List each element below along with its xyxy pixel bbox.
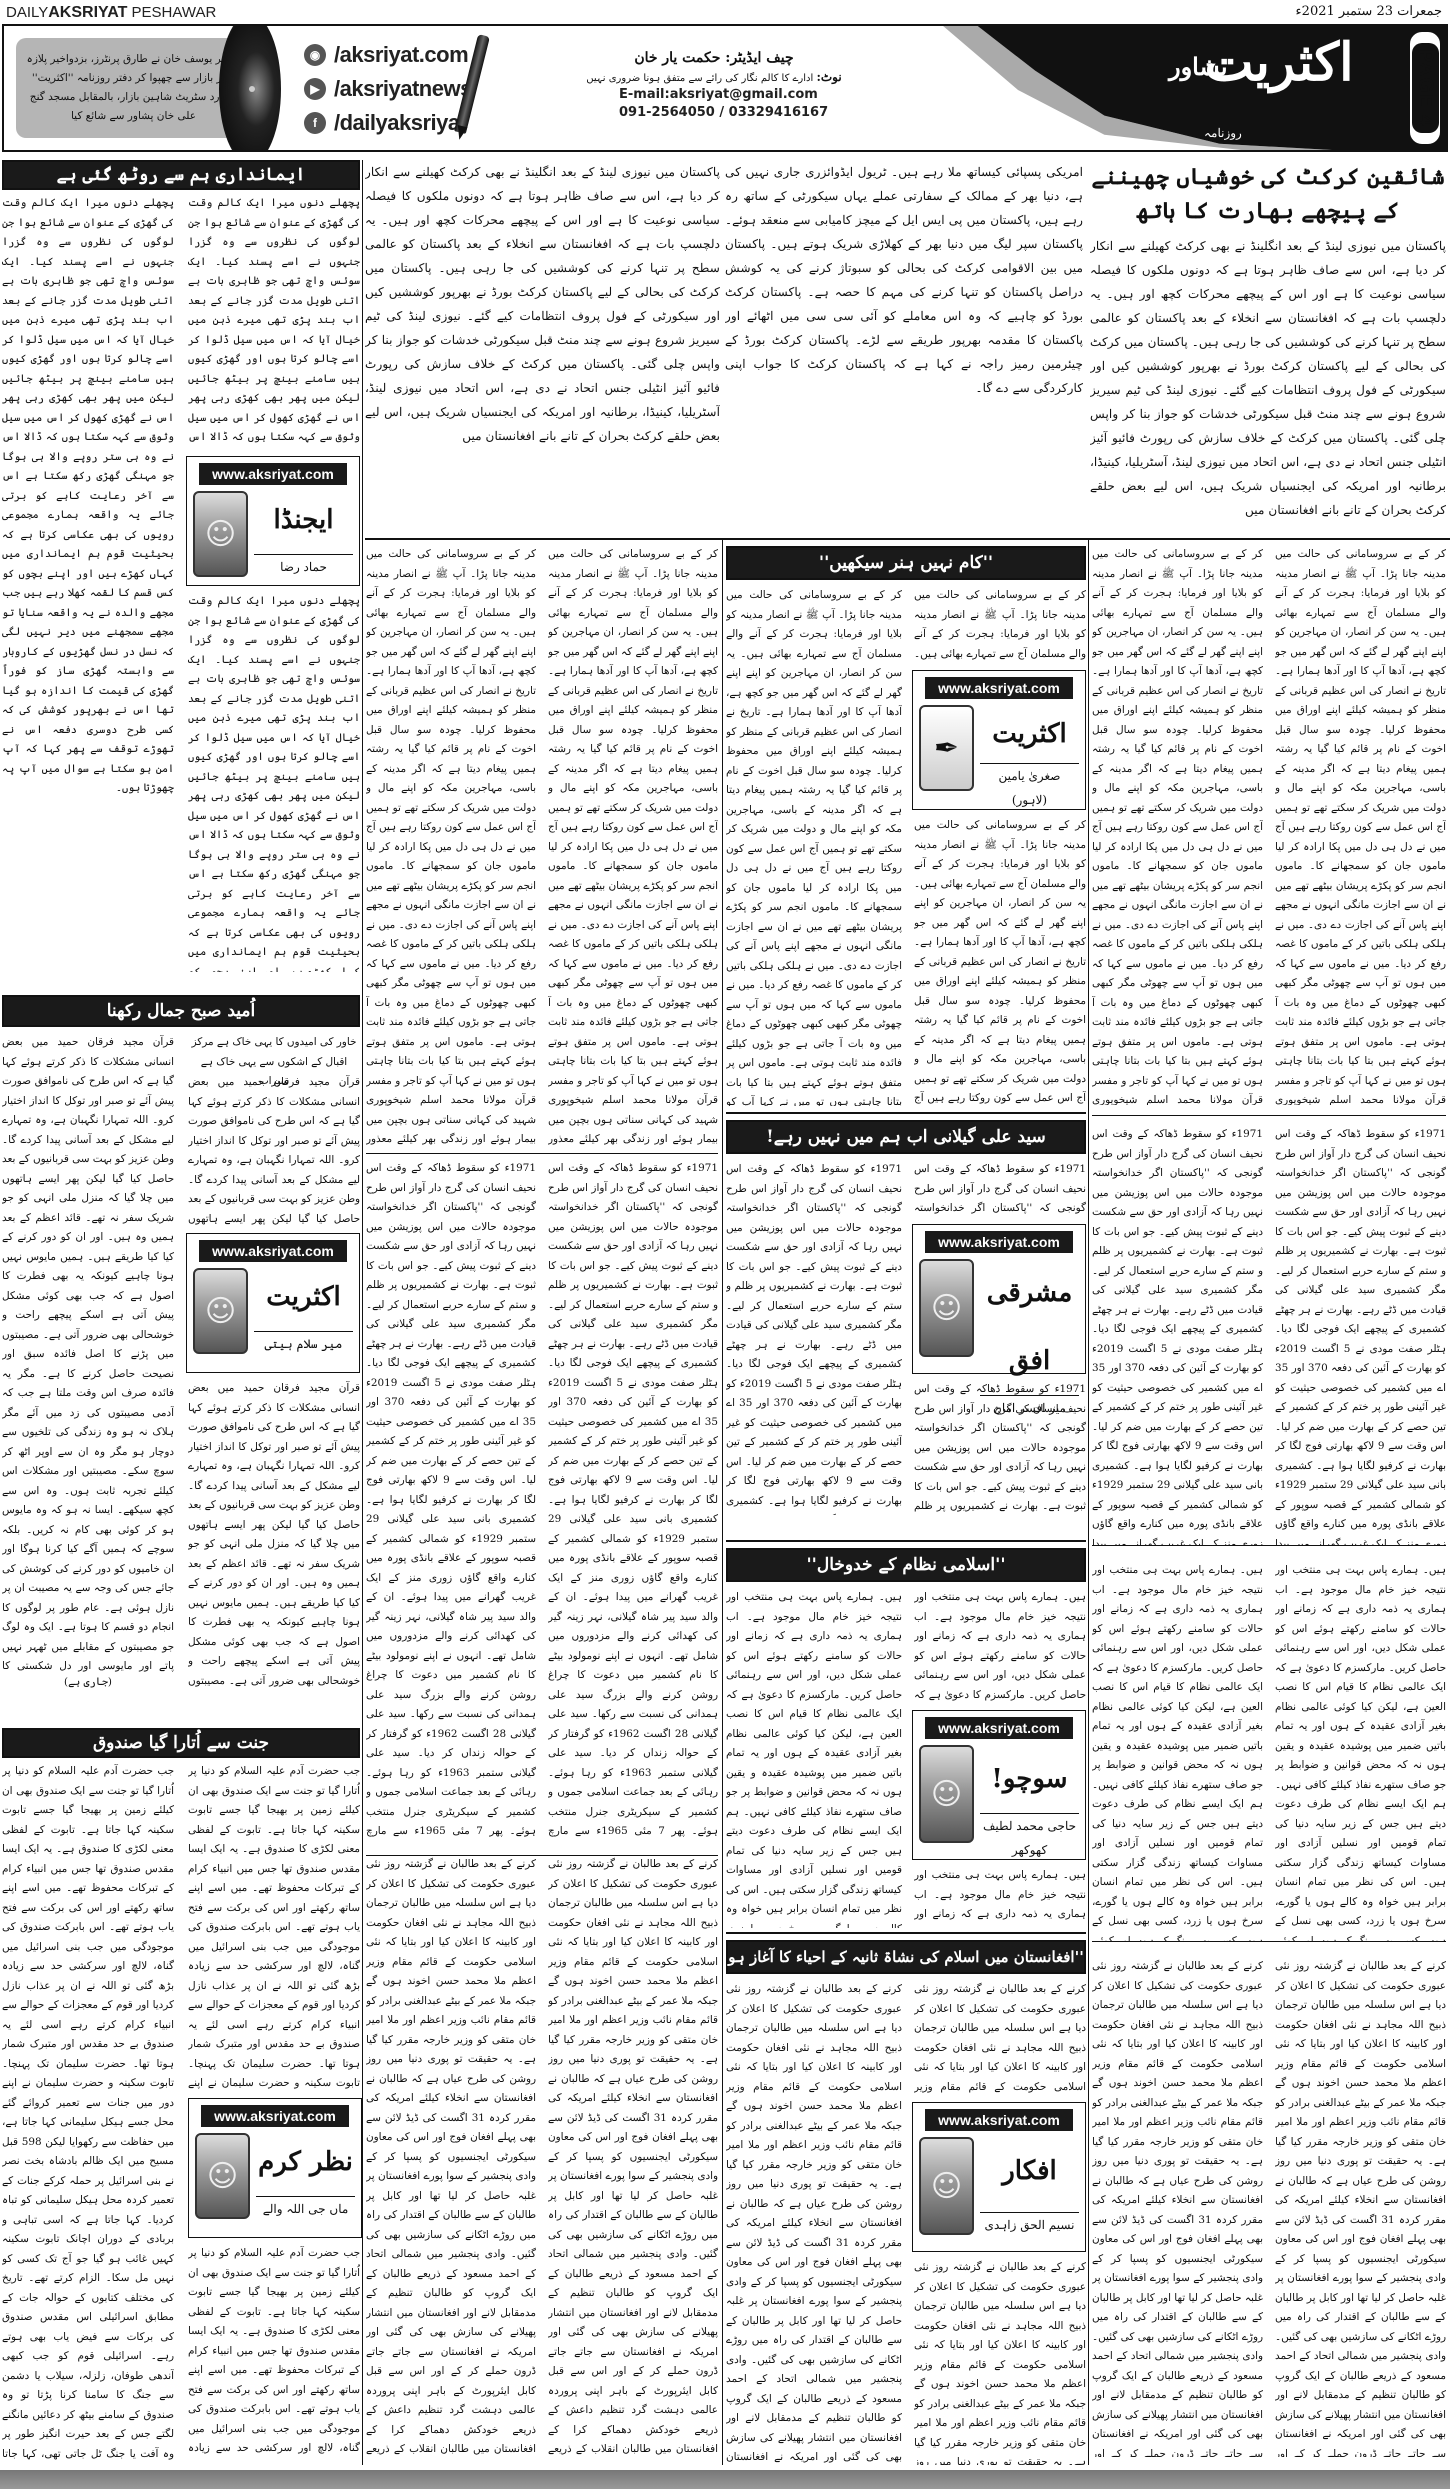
author-card: www.aksriyat.com ☺ ایجنڈا حماد رضا (186, 456, 360, 586)
editor-note: نوٹ: ادارے کا کالم نگار کی رائے سے متفق … (564, 70, 864, 84)
column-text: پچھلے دنوں میرا ایک کالم وقت کی گھڑی کے … (188, 194, 360, 450)
column-text-2: کر کے بے سروسامانی کی حالت میں مدینہ جان… (914, 816, 1086, 1106)
site-url: www.aksriyat.com (925, 1717, 1073, 1739)
brand-prefix: DAILY (6, 4, 48, 21)
lead-editorial-continued: امریکی پسپائی کیساتھ ملا رہے ہیں۔ ٹریول … (725, 160, 1083, 535)
column-text: کرنے کے بعد طالبان نے گزشتہ روز نئی عبور… (914, 1980, 1086, 2098)
youtube-icon: ▶ (304, 78, 326, 100)
site-url: www.aksriyat.com (925, 1231, 1073, 1253)
globe-icon: ◉ (304, 44, 326, 66)
column-text: قرآن مجید فرقان حمید میں بعض انسانی مشکل… (188, 1073, 360, 1229)
column-gilani: سید علی گیلانی اب ہم میں نہیں رہے! 1971ء… (726, 1120, 1086, 1515)
column-text-3: 1971ء کو سقوط ڈھاکہ کے وقت اس نحیف انسان… (726, 1160, 902, 1515)
column-text-2: جب حضرت آدم علیہ السلام کو دنیا پر اُتار… (188, 2244, 360, 2462)
author-name: صغریٰ یامین (لاہور) (980, 763, 1079, 812)
social-text: /dailyaksriyat (334, 110, 466, 136)
site-url: www.aksriyat.com (201, 2105, 349, 2127)
author-card: www.aksriyat.com ☺ اکثریت میر سلام ہیتی (186, 1233, 360, 1373)
author-name: ماں جی اللہ والے (256, 2196, 355, 2221)
contact-phone: 091-2564050 / 03329416167 (564, 105, 864, 120)
contact-email: E-mail:aksriyat@gmail.com (564, 87, 864, 102)
social-link-youtube[interactable]: ▶ /aksriyatnews (304, 72, 472, 106)
column-text-3: کرنے کے بعد طالبان نے گزشتہ روز نئی عبور… (726, 1980, 902, 2465)
brand-city: PESHAWAR (132, 4, 217, 21)
continuation-gilani-right-2: 1971ء کو سقوط ڈھاکہ کے وقت اس نحیف انسان… (1092, 1125, 1263, 1545)
continuation-islami-right-2: ہیں۔ ہمارے پاس بہت ہی منتخب اور نتیجہ خی… (1092, 1561, 1263, 1941)
lead-text: پاکستان میں نیوزی لینڈ کے بعد انگلینڈ نے… (1090, 234, 1446, 522)
note-text: ادارے کا کالم نگار کی رائے سے متفق ہونا … (586, 73, 813, 84)
author-card: www.aksriyat.com ☺ مشرقی افق میر افسر ام… (912, 1224, 1086, 1374)
column-name: نظر کرم (256, 2133, 355, 2196)
column-text-2: قرآن مجید فرقان حمید میں بعض انسانی مشکل… (188, 1379, 360, 1693)
verse-line: خاور کی امیدوں کا یہی خاک ہے مرکز (188, 1033, 360, 1053)
column-rule (722, 540, 723, 2465)
column-name: سوچو! (980, 1745, 1079, 1813)
column-text-2: 1971ء کو سقوط ڈھاکہ کے وقت اس نحیف انسان… (914, 1380, 1086, 1515)
continuation-gilani: 1971ء کو سقوط ڈھاکہ کے وقت اس نحیف انسان… (548, 1159, 718, 1839)
column-islami: ''اسلامی نظام کے خدوخال'' ہیں۔ ہمارے پاس… (726, 1548, 1086, 1928)
column-imandari: ایمانداری ہم سے روٹھ گئی ہے پچھلے دنوں م… (2, 160, 360, 980)
facebook-icon: f (304, 112, 326, 134)
continuations-column: کر کے بے سروسامانی کی حالت میں مدینہ جان… (366, 545, 718, 2465)
brand-name: AKSRIYAT (48, 4, 127, 21)
continuation-afghanistan-right: کرنے کے بعد طالبان نے گزشتہ روز نئی عبور… (1275, 1957, 1446, 2457)
divider (366, 1153, 718, 1154)
continuation-gilani-right: 1971ء کو سقوط ڈھاکہ کے وقت اس نحیف انسان… (1275, 1125, 1446, 1545)
divider (1092, 1115, 1446, 1116)
continuation-kaam-right: کر کے بے سروسامانی کی حالت میں مدینہ جان… (1275, 545, 1446, 1105)
lead-headline: شائقین کرکٹ کی خوشیاں چھیننے کے پیچھے بھ… (1090, 160, 1446, 228)
continuation-kaam: کر کے بے سروسامانی کی حالت میں مدینہ جان… (548, 545, 718, 1145)
note-label: نوٹ: (816, 70, 841, 84)
column-name: اکثریت (980, 705, 1079, 763)
issue-date: جمعرات 23 ستمبر 2021ء (1296, 4, 1442, 19)
divider (726, 1540, 1086, 1542)
author-name: نسیم الحق زاہدی (980, 2212, 1079, 2237)
site-url: www.aksriyat.com (925, 677, 1073, 699)
lead-editorial-continued-2: پاکستان میں نیوزی لینڈ کے بعد انگلینڈ نے… (365, 160, 720, 535)
column-text-2: ہیں۔ ہمارے پاس بہت ہی منتخب اور نتیجہ خی… (914, 1866, 1086, 1928)
site-url: www.aksriyat.com (199, 1240, 347, 1262)
social-link-website[interactable]: ◉ /aksriyat.com (304, 38, 472, 72)
author-name: حاجی محمد لطیف کھوکھر (980, 1813, 1079, 1862)
newspaper-logo: اکثریت پشاور (1169, 34, 1389, 91)
divider (366, 1855, 718, 1856)
continuation-kaam-right-2: کر کے بے سروسامانی کی حالت میں مدینہ جان… (1092, 545, 1263, 1105)
author-card: www.aksriyat.com ✒ اکثریت صغریٰ یامین (ل… (912, 670, 1086, 810)
column-name: افکار (980, 2137, 1079, 2212)
column-text-2: پچھلے دنوں میرا ایک کالم وقت کی گھڑی کے … (188, 592, 360, 972)
column-name: مشرقی افق (980, 1259, 1079, 1395)
author-photo: ☺ (919, 2137, 974, 2235)
divider (1092, 1941, 1446, 1942)
column-headline: ''افغانستان میں اسلام کی نشاۃ ثانیہ کے ا… (726, 1940, 1086, 1974)
author-photo: ☺ (193, 1268, 248, 1354)
site-url: www.aksriyat.com (925, 2109, 1073, 2131)
column-afghanistan: ''افغانستان میں اسلام کی نشاۃ ثانیہ کے ا… (726, 1940, 1086, 2465)
disc-center (249, 86, 255, 92)
social-link-facebook[interactable]: f /dailyaksriyat (304, 106, 472, 140)
divider (726, 1932, 1086, 1934)
lead-editorial: شائقین کرکٹ کی خوشیاں چھیننے کے پیچھے بھ… (1090, 160, 1446, 535)
column-text-3: ہیں۔ ہمارے پاس بہت ہی منتخب اور نتیجہ خی… (726, 1588, 902, 1928)
divider (726, 1112, 1086, 1114)
column-text: کر کے بے سروسامانی کی حالت میں مدینہ جان… (914, 586, 1086, 664)
masthead: پبلشر یوسف خان نے طارق پرنٹرز، بزدواخیر … (2, 24, 1448, 152)
quill-icon: ✒ (919, 705, 974, 791)
column-headline: ''اسلامی نظام کے خدوخال'' (726, 1548, 1086, 1582)
divider (1092, 1545, 1446, 1546)
author-name: حماد رضا (254, 554, 353, 579)
chief-editor: چیف ایڈیٹر: حکمت یار خان (564, 50, 864, 66)
social-text: /aksriyatnews (334, 76, 472, 102)
publisher-note: پبلشر یوسف خان نے طارق پرنٹرز، بزدواخیر … (16, 38, 251, 138)
column-text: 1971ء کو سقوط ڈھاکہ کے وقت اس نحیف انسان… (914, 1160, 1086, 1220)
footer-bar (0, 2470, 1450, 2489)
column-kaam: ''کام نہیں ہنر سیکھیں'' کر کے بے سروساما… (726, 546, 1086, 1106)
social-text: /aksriyat.com (334, 42, 468, 68)
column-headline: اُمید صبح جمال رکھنا (2, 995, 360, 1027)
continuation-islami-right: ہیں۔ ہمارے پاس بہت ہی منتخب اور نتیجہ خی… (1275, 1561, 1446, 1941)
continued-note: (جاری ہے) (2, 1673, 174, 1693)
author-name: میر سلام ہیتی (254, 1331, 353, 1356)
logo-daily: روزنامہ (1204, 126, 1276, 140)
site-url: www.aksriyat.com (199, 463, 347, 485)
column-text: جب حضرت آدم علیہ السلام کو دنیا پر اُتار… (188, 1762, 360, 2092)
column-headline: سید علی گیلانی اب ہم میں نہیں رہے! (726, 1120, 1086, 1154)
continuation-afghanistan-right-2: کرنے کے بعد طالبان نے گزشتہ روز نئی عبور… (1092, 1957, 1263, 2457)
page-label: PAGE (1415, 49, 1437, 108)
author-card: www.aksriyat.com ☺ افکار نسیم الحق زاہدی (912, 2102, 1086, 2252)
column-rule (362, 160, 363, 2465)
author-photo: ☺ (919, 1745, 974, 1843)
top-line: DAILYAKSRIYAT PESHAWAR جمعرات 23 ستمبر 2… (0, 0, 1450, 22)
continuation-gilani-2: 1971ء کو سقوط ڈھاکہ کے وقت اس نحیف انسان… (366, 1159, 536, 1839)
column-text-2: کرنے کے بعد طالبان نے گزشتہ روز نئی عبور… (914, 2258, 1086, 2465)
column-name: ایجنڈا (254, 491, 353, 554)
continuation-kaam-2: کر کے بے سروسامانی کی حالت میں مدینہ جان… (366, 545, 536, 1145)
column-text-3: قرآن مجید فرقان حمید میں بعض انسانی مشکل… (2, 1033, 174, 1673)
column-text-3: کر کے بے سروسامانی کی حالت میں مدینہ جان… (726, 586, 902, 1106)
lead-text-continued: امریکی پسپائی کیساتھ ملا رہے ہیں۔ ٹریول … (725, 160, 1083, 400)
column-headline: جنت سے اُتارا گیا صندوق (2, 1728, 360, 1758)
column-umeed: اُمید صبح جمال رکھنا خاور کی امیدوں کا ی… (2, 995, 360, 1695)
social-links: ◉ /aksriyat.com ▶ /aksriyatnews f /daily… (304, 38, 472, 140)
column-headline: ایمانداری ہم سے روٹھ گئی ہے (2, 160, 360, 190)
author-photo: ☺ (919, 1259, 974, 1357)
page-number: 4 (1415, 115, 1437, 127)
column-text-3: جب حضرت آدم علیہ السلام کو دنیا پر اُتار… (2, 1762, 174, 2462)
author-photo: ☺ (193, 491, 248, 577)
column-text-3: پچھلے دنوں میرا ایک کالم وقت کی گھڑی کے … (2, 194, 174, 974)
column-headline: ''کام نہیں ہنر سیکھیں'' (726, 546, 1086, 580)
lead-text-continued-2: پاکستان میں نیوزی لینڈ کے بعد انگلینڈ نے… (365, 160, 720, 448)
logo-city: پشاور (1169, 52, 1228, 81)
right-continuations: کر کے بے سروسامانی کی حالت میں مدینہ جان… (1092, 545, 1446, 2465)
column-name: اکثریت (254, 1268, 353, 1331)
editor-info: چیف ایڈیٹر: حکمت یار خان نوٹ: ادارے کا ک… (564, 50, 864, 120)
column-text: ہیں۔ ہمارے پاس بہت ہی منتخب اور نتیجہ خی… (914, 1588, 1086, 1706)
page-tag: PAGE 4 (1410, 32, 1440, 144)
newspaper-brand: DAILYAKSRIYAT PESHAWAR (6, 4, 216, 22)
divider (365, 538, 1450, 540)
column-rule (1088, 540, 1089, 2465)
author-card: www.aksriyat.com ☺ سوچو! حاجی محمد لطیف … (912, 1710, 1086, 1860)
author-card: www.aksriyat.com ☺ نظر کرم ماں جی اللہ و… (188, 2098, 362, 2238)
continuation-afghanistan-2: کرنے کے بعد طالبان نے گزشتہ روز نئی عبور… (366, 1855, 536, 2455)
continuation-afghanistan: کرنے کے بعد طالبان نے گزشتہ روز نئی عبور… (548, 1855, 718, 2455)
author-photo: ☺ (195, 2133, 250, 2219)
